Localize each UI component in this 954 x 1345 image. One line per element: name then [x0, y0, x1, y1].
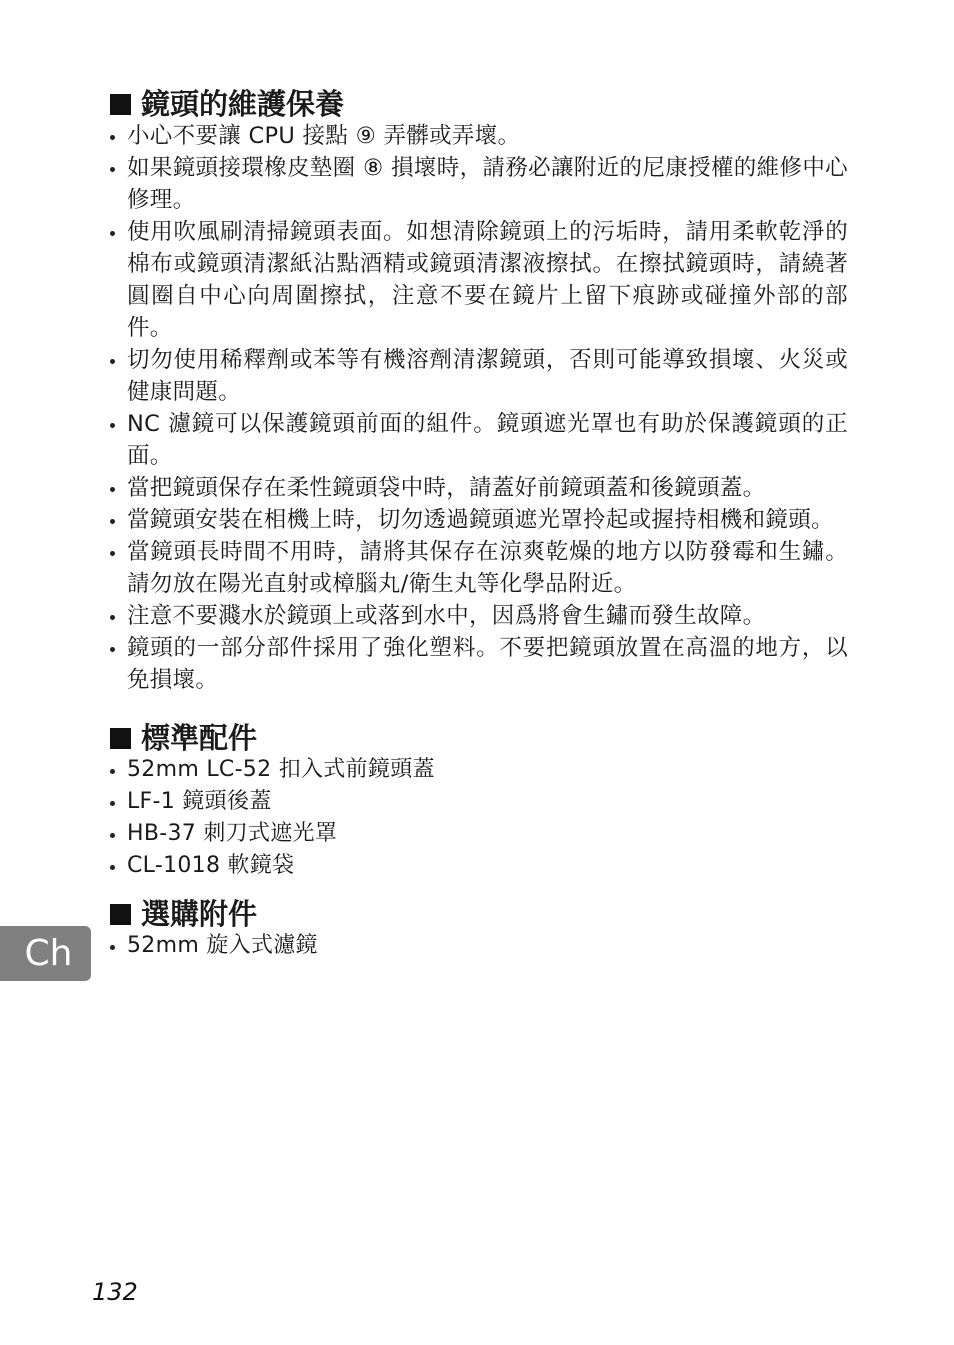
section-title: 鏡頭的維護保養 [141, 84, 344, 124]
bullet-list: 52mm LC-52 扣入式前鏡頭蓋 LF-1 鏡頭後蓋 HB-37 刺刀式遮光… [108, 754, 848, 882]
list-item: 當把鏡頭保存在柔性鏡頭袋中時，請蓋好前鏡頭蓋和後鏡頭蓋。 [108, 472, 848, 504]
list-item: LF-1 鏡頭後蓋 [108, 786, 848, 818]
bullet-dot-icon [110, 487, 115, 492]
list-item: 52mm 旋入式濾鏡 [108, 930, 848, 962]
bullet-dot-icon [110, 135, 115, 140]
section-heading: 標準配件 [108, 718, 848, 758]
bullet-dot-icon [110, 615, 115, 620]
language-tab: Ch [0, 926, 91, 981]
bullet-dot-icon [110, 359, 115, 364]
list-item: 當鏡頭安裝在相機上時，切勿透過鏡頭遮光罩拎起或握持相機和鏡頭。 [108, 504, 848, 536]
bullet-dot-icon [110, 423, 115, 428]
page-content: 鏡頭的維護保養 小心不要讓 CPU 接點 ⑨ 弄髒或弄壞。 如果鏡頭接環橡皮墊圈… [108, 84, 848, 962]
bullet-dot-icon [110, 801, 115, 806]
bullet-dot-icon [110, 833, 115, 838]
square-bullet-icon [110, 728, 131, 749]
square-bullet-icon [110, 904, 131, 925]
section-standard-accessories: 標準配件 52mm LC-52 扣入式前鏡頭蓋 LF-1 鏡頭後蓋 HB-37 … [108, 718, 848, 882]
section-heading: 鏡頭的維護保養 [108, 84, 848, 124]
section-title: 標準配件 [141, 718, 257, 758]
bullet-dot-icon [110, 865, 115, 870]
list-item: HB-37 刺刀式遮光罩 [108, 818, 848, 850]
bullet-dot-icon [110, 167, 115, 172]
list-item: 切勿使用稀釋劑或苯等有機溶劑清潔鏡頭，否則可能導致損壞、火災或健康問題。 [108, 344, 848, 408]
bullet-list: 52mm 旋入式濾鏡 [108, 930, 848, 962]
list-item: 小心不要讓 CPU 接點 ⑨ 弄髒或弄壞。 [108, 120, 848, 152]
section-title: 選購附件 [141, 894, 257, 934]
list-item: 鏡頭的一部分部件採用了強化塑料。不要把鏡頭放置在高溫的地方，以免損壞。 [108, 632, 848, 696]
bullet-dot-icon [110, 647, 115, 652]
section-lens-care: 鏡頭的維護保養 小心不要讓 CPU 接點 ⑨ 弄髒或弄壞。 如果鏡頭接環橡皮墊圈… [108, 84, 848, 696]
page-number: 132 [92, 1278, 138, 1306]
bullet-dot-icon [110, 945, 115, 950]
bullet-dot-icon [110, 551, 115, 556]
section-heading: 選購附件 [108, 894, 848, 934]
list-item: NC 濾鏡可以保護鏡頭前面的組件。鏡頭遮光罩也有助於保護鏡頭的正面。 [108, 408, 848, 472]
list-item: 52mm LC-52 扣入式前鏡頭蓋 [108, 754, 848, 786]
list-item: 使用吹風刷清掃鏡頭表面。如想清除鏡頭上的污垢時，請用柔軟乾淨的棉布或鏡頭清潔紙沾… [108, 216, 848, 344]
list-item: CL-1018 軟鏡袋 [108, 850, 848, 882]
list-item: 如果鏡頭接環橡皮墊圈 ⑧ 損壞時，請務必讓附近的尼康授權的維修中心修理。 [108, 152, 848, 216]
list-item: 注意不要濺水於鏡頭上或落到水中，因爲將會生鏽而發生故障。 [108, 600, 848, 632]
bullet-dot-icon [110, 519, 115, 524]
bullet-list: 小心不要讓 CPU 接點 ⑨ 弄髒或弄壞。 如果鏡頭接環橡皮墊圈 ⑧ 損壞時，請… [108, 120, 848, 696]
section-optional-accessories: 選購附件 52mm 旋入式濾鏡 [108, 894, 848, 962]
bullet-dot-icon [110, 231, 115, 236]
square-bullet-icon [110, 94, 131, 115]
bullet-dot-icon [110, 769, 115, 774]
list-item: 當鏡頭長時間不用時，請將其保存在涼爽乾燥的地方以防發霉和生鏽。請勿放在陽光直射或… [108, 536, 848, 600]
